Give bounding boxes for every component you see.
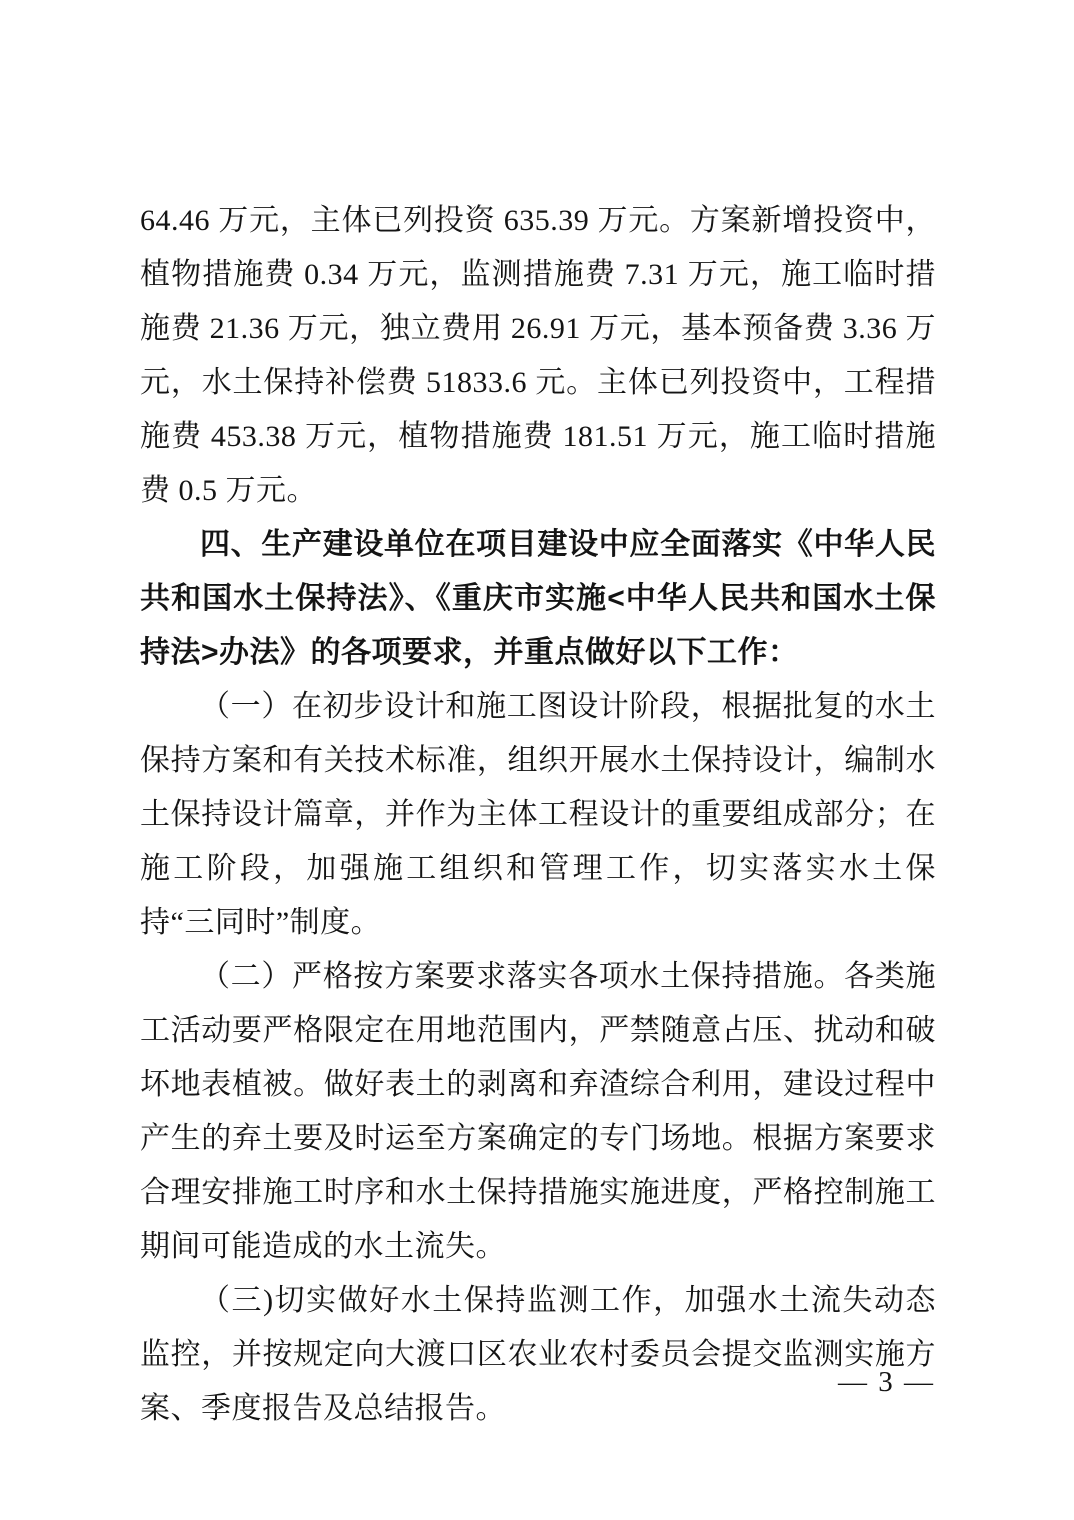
paragraph-item-two: （二）严格按方案要求落实各项水土保持措施。各类施工活动要严格限定在用地范围内，严… [140,950,936,1274]
section-heading-four: 四、生产建设单位在项目建设中应全面落实《中华人民共和国水土保持法》、《重庆市实施… [140,518,936,680]
document-body: 64.46 万元，主体已列投资 635.39 万元。方案新增投资中，植物措施费 … [140,194,936,1436]
page-number: — 3 — [838,1362,935,1402]
paragraph-item-one: （一）在初步设计和施工图设计阶段，根据批复的水土保持方案和有关技术标准，组织开展… [140,680,936,950]
paragraph-investment-summary: 64.46 万元，主体已列投资 635.39 万元。方案新增投资中，植物措施费 … [140,194,936,518]
document-page: 64.46 万元，主体已列投资 635.39 万元。方案新增投资中，植物措施费 … [0,0,1074,1520]
paragraph-item-three: （三)切实做好水土保持监测工作，加强水土流失动态监控，并按规定向大渡口区农业农村… [140,1274,936,1436]
